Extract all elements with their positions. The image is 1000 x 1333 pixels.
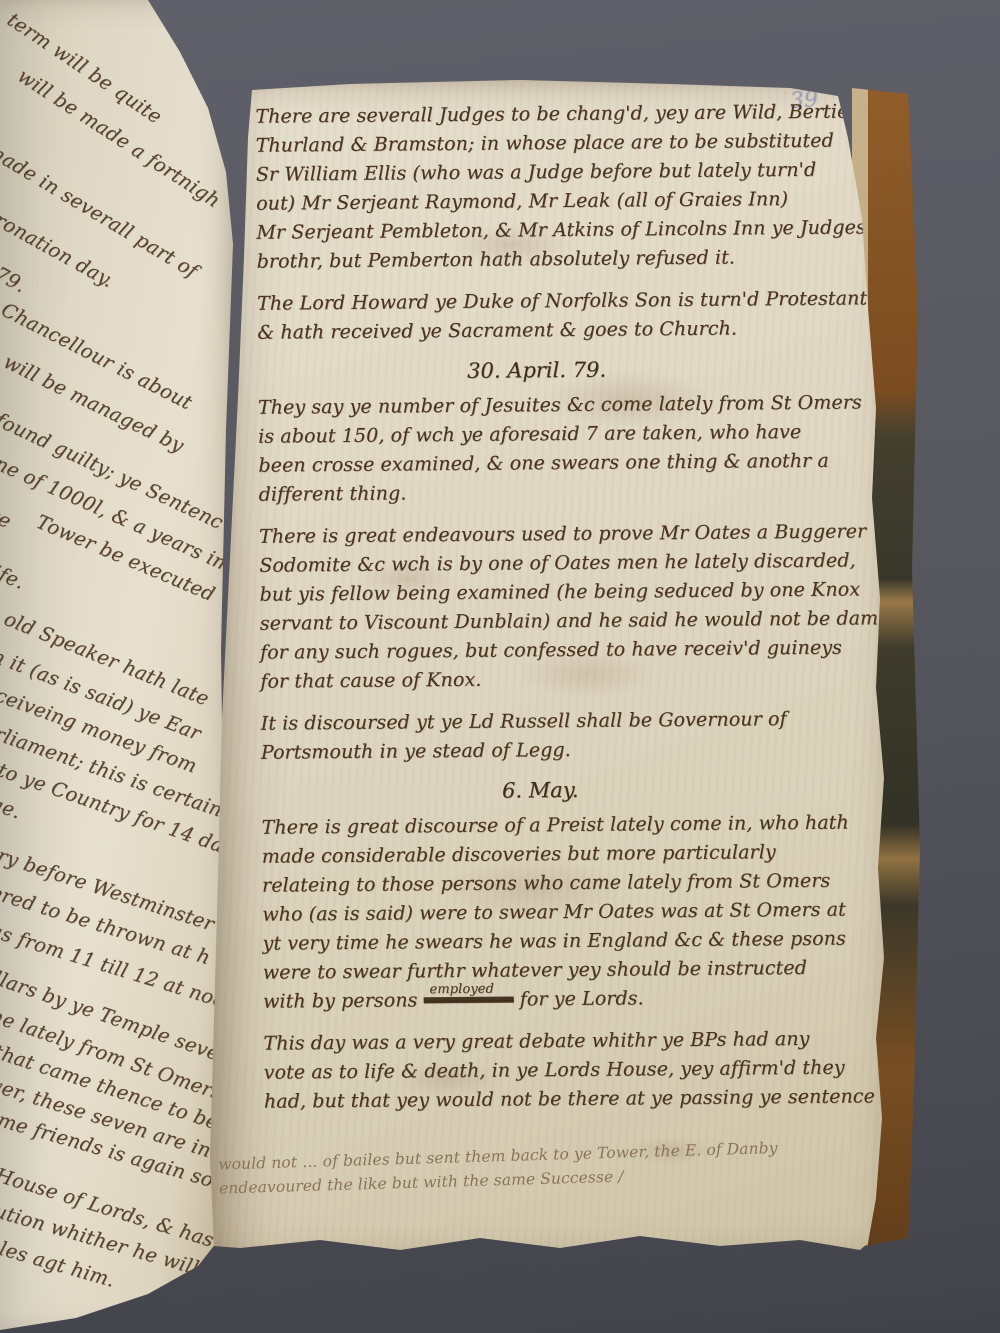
- manuscript-line: nge.: [0, 788, 24, 823]
- line-text-after: for ye Lords.: [514, 987, 644, 1010]
- manuscript-line: different thing.: [259, 475, 877, 509]
- manuscript-paragraph: They say ye number of Jesuites &c come l…: [258, 388, 877, 509]
- manuscript-line: for that cause of Knox.: [260, 662, 878, 696]
- manuscript-line: life.: [0, 558, 28, 594]
- manuscript-text: There are severall Judges to be chang'd,…: [255, 97, 882, 1190]
- photo-backdrop: term will be quitewill be made a fortnig…: [0, 0, 1000, 1333]
- manuscript-line: It is discoursed yt ye Ld Russell shall …: [261, 704, 879, 738]
- date-heading: 6. May.: [261, 776, 819, 805]
- manuscript-line: brothr, but Pemberton hath absolutely re…: [257, 242, 875, 276]
- manuscript-paragraph: There is great endeavours used to prove …: [259, 517, 878, 696]
- manuscript-line: with by persons —————employed for ye Lor…: [263, 982, 881, 1016]
- manuscript-line: in ye: [0, 492, 15, 533]
- manuscript-line: for any such rogues, but confessed to ha…: [260, 633, 878, 667]
- manuscript-line: The Lord Howard ye Duke of Norfolks Son …: [257, 284, 875, 318]
- manuscript-paragraph: There are severall Judges to be chang'd,…: [255, 97, 874, 276]
- manuscript-paragraph: It is discoursed yt ye Ld Russell shall …: [261, 704, 879, 767]
- manuscript-line: were to swear furthr whatever yey should…: [263, 953, 881, 987]
- interlinear-insertion: employed: [429, 975, 494, 1005]
- manuscript-line: There is great discourse of a Preist lat…: [261, 808, 879, 842]
- date-heading: 30. April. 79.: [258, 356, 816, 385]
- manuscript-line: & hath received ye Sacrament & goes to C…: [257, 313, 875, 347]
- faded-postscript: would not … of bailes but sent them back…: [218, 1134, 837, 1200]
- manuscript-line: Mr Serjeant Pembleton, & Mr Atkins of Li…: [256, 213, 874, 247]
- manuscript-paragraph: The Lord Howard ye Duke of Norfolks Son …: [257, 284, 875, 347]
- manuscript-paragraph: There is great discourse of a Preist lat…: [261, 808, 881, 1016]
- manuscript-line: Portsmouth in ye stead of Legg.: [261, 733, 879, 767]
- right-page: 39 There are severall Judges to be chang…: [200, 78, 892, 1270]
- manuscript-line: had, but that yey would not be there at …: [264, 1082, 882, 1116]
- correction: —————employed: [424, 988, 514, 1011]
- manuscript-line: 79.: [0, 262, 30, 297]
- manuscript-line: been crosse examined, & one swears one t…: [258, 446, 876, 480]
- line-text-before: with by persons: [263, 989, 424, 1012]
- manuscript-paragraph: This day was a very great debate whithr …: [263, 1024, 882, 1116]
